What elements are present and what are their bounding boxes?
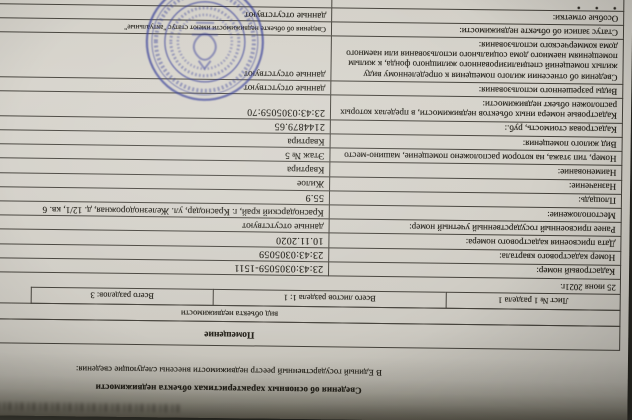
round-stamp-icon (141, 0, 269, 106)
cutoff-header-text (0, 402, 179, 413)
document-title: Сведения об основных характеристиках объ… (0, 379, 620, 399)
attributes-table: Кадастровый номер:23:43:0305059-1511Номе… (0, 0, 624, 280)
row-label: Сведения об отнесении жилого помещения к… (331, 36, 624, 84)
sheet-number-cell: Лист № 1 раздела 1 (446, 292, 621, 311)
document-paper: Сведения об основных характеристиках объ… (0, 0, 632, 420)
photo-frame: Сведения об основных характеристиках объ… (0, 0, 632, 420)
row-label: Кадастровые номера иных объектов недвижи… (330, 95, 622, 123)
total-sheets-cell: Всего листов раздела 1: 1 (213, 289, 446, 309)
document-intro-line: В Единый государственный реестр недвижим… (0, 361, 620, 381)
total-sections-cell: Всего разделов: 3 (31, 287, 213, 306)
